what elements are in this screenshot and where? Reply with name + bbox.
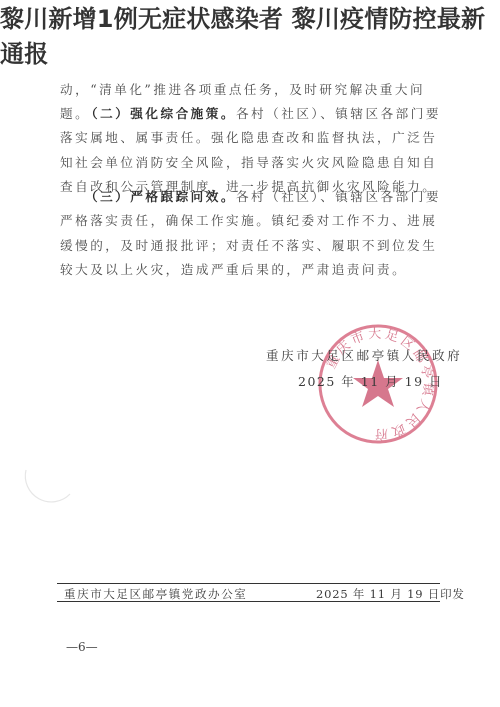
section-heading: （三）严格跟踪问效。 bbox=[85, 189, 236, 204]
paragraph-section-3: （三）严格跟踪问效。各村（社区）、镇辖区各部门要严格落实责任，确保工作实施。镇纪… bbox=[60, 185, 450, 283]
issuer-name: 重庆市大足区邮亭镇人民政府 bbox=[266, 346, 462, 364]
page-number: —6— bbox=[66, 640, 98, 654]
footer-printed-date: 2025 年 11 月 19 日印发 bbox=[316, 586, 465, 602]
footer-office: 重庆市大足区邮亭镇党政办公室 bbox=[64, 586, 247, 602]
section-heading: （二）强化综合施策。 bbox=[85, 106, 236, 121]
footer-top-rule bbox=[57, 583, 440, 584]
issue-date: 2025 年 11 月 19 日 bbox=[298, 372, 443, 390]
document-page: 动，“清单化”推进各项重点任务，及时研究解决重大问题。 （二）强化综合施策。各村… bbox=[0, 0, 500, 707]
headline-title: 黎川新增1例无症状感染者 黎川疫情防控最新通报 bbox=[0, 0, 500, 72]
footer-bottom-rule bbox=[57, 601, 440, 602]
scan-artifact-arc bbox=[20, 460, 80, 520]
